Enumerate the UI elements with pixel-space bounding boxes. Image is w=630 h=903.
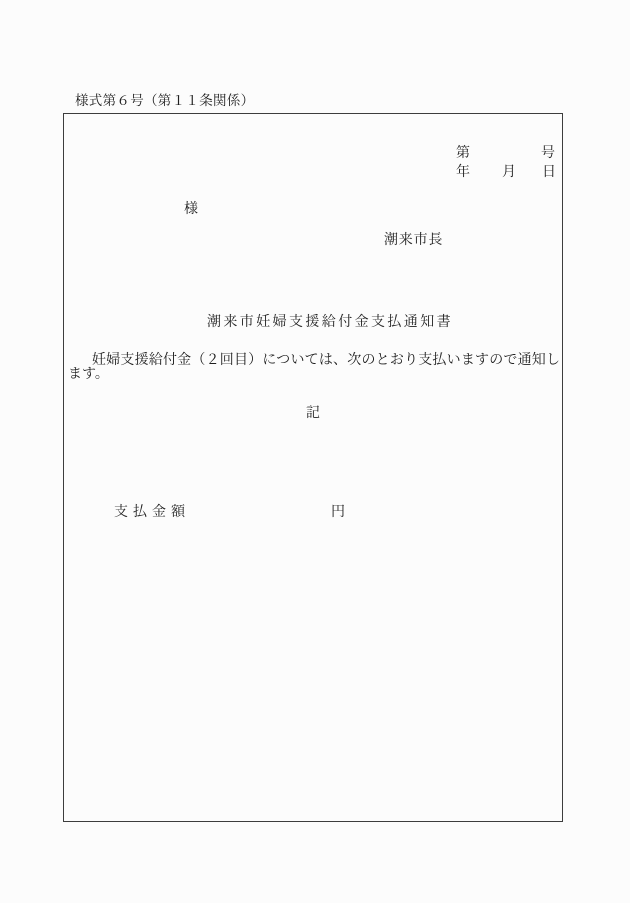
addressee-honorific: 様 bbox=[184, 202, 198, 216]
document-page: 様式第６号（第１１条関係） 第 号 年 月 日 様 潮来市長 潮来市妊婦支援給付… bbox=[0, 0, 630, 903]
form-style-caption: 様式第６号（第１１条関係） bbox=[75, 95, 254, 109]
payment-amount-label: 支払金額 bbox=[114, 505, 190, 519]
date-day-label: 日 bbox=[542, 165, 556, 179]
doc-number-prefix: 第 bbox=[456, 146, 470, 160]
date-month-label: 月 bbox=[502, 165, 516, 179]
sender-title: 潮来市長 bbox=[384, 233, 443, 247]
currency-unit-label: 円 bbox=[331, 505, 345, 519]
document-title: 潮来市妊婦支援給付金支払通知書 bbox=[98, 315, 562, 329]
form-border-box: 第 号 年 月 日 様 潮来市長 潮来市妊婦支援給付金支払通知書 妊婦支援給付金… bbox=[63, 113, 563, 822]
record-marker: 記 bbox=[64, 406, 562, 420]
doc-number-suffix: 号 bbox=[541, 146, 555, 160]
body-paragraph: 妊婦支援給付金（２回目）については、次のとおり支払いますので通知します。 bbox=[68, 353, 560, 381]
date-year-label: 年 bbox=[456, 165, 470, 179]
